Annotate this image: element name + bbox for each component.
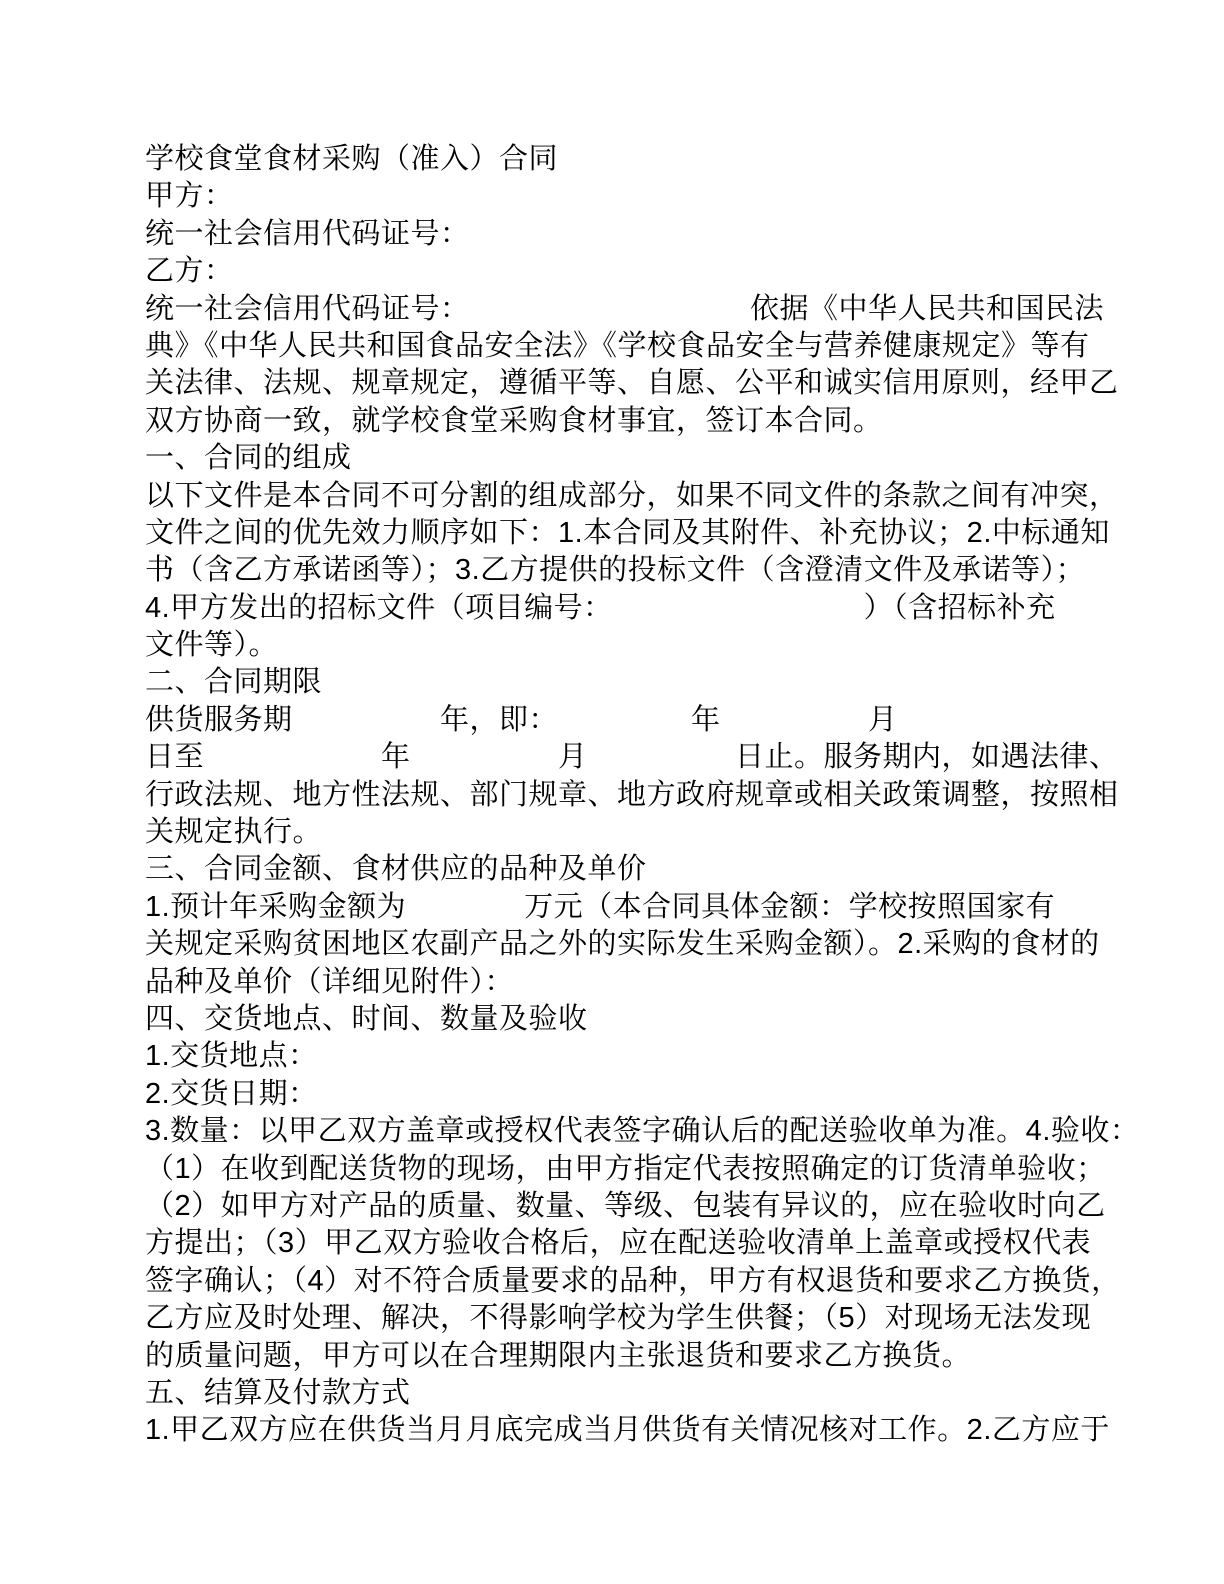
text-line: 3.数量：以甲乙双方盖章或授权代表签字确认后的配送验收单为准。4.验收： [145, 1113, 1105, 1150]
document-title: 学校食堂食材采购（准入）合同 [145, 141, 1105, 178]
text-line: 书（含乙方承诺函等）；3.乙方提供的投标文件（含澄清文件及承诺等）； [145, 552, 1105, 589]
text-line: （2）如甲方对产品的质量、数量、等级、包装有异议的，应在验收时向乙 [145, 1188, 1105, 1225]
text-line: 文件之间的优先效力顺序如下：1.本合同及其附件、补充协议；2.中标通知 [145, 515, 1105, 552]
text-line: 1.交货地点： [145, 1038, 1105, 1075]
text-line: 1.预计年采购金额为 万元（本合同具体金额：学校按照国家有 [145, 889, 1105, 926]
text-line: 以下文件是本合同不可分割的组成部分，如果不同文件的条款之间有冲突， [145, 478, 1105, 515]
text-line: 签字确认；（4）对不符合质量要求的品种，甲方有权退货和要求乙方换货， [145, 1263, 1105, 1300]
text-line: 乙方应及时处理、解决，不得影响学校为学生供餐；（5）对现场无法发现 [145, 1300, 1105, 1337]
text-line: 甲方： [145, 178, 1105, 215]
section-heading: 二、合同期限 [145, 664, 1105, 701]
text-line: 方提出；（3）甲乙双方验收合格后，应在配送验收清单上盖章或授权代表 [145, 1225, 1105, 1262]
text-line: 双方协商一致，就学校食堂采购食材事宜，签订本合同。 [145, 403, 1105, 440]
text-line: 典》《中华人民共和国食品安全法》《学校食品安全与营养健康规定》等有 [145, 328, 1105, 365]
text-line: 的质量问题，甲方可以在合理期限内主张退货和要求乙方换货。 [145, 1338, 1105, 1375]
text-line: 日至 年 月 日止。服务期内，如遇法律、 [145, 739, 1105, 776]
text-line: 行政法规、地方性法规、部门规章、地方政府规章或相关政策调整，按照相 [145, 777, 1105, 814]
text-line: 2.交货日期： [145, 1076, 1105, 1113]
text-line: 统一社会信用代码证号： 依据《中华人民共和国民法 [145, 291, 1105, 328]
text-line: 4.甲方发出的招标文件（项目编号： ）（含招标补充 [145, 590, 1105, 627]
text-line: 关法律、法规、规章规定，遵循平等、自愿、公平和诚实信用原则，经甲乙 [145, 365, 1105, 402]
text-line: 关规定采购贫困地区农副产品之外的实际发生采购金额）。2.采购的食材的 [145, 926, 1105, 963]
text-line: 供货服务期 年，即： 年 月 [145, 702, 1105, 739]
document-body: 学校食堂食材采购（准入）合同 甲方： 统一社会信用代码证号： 乙方： 统一社会信… [145, 141, 1105, 1450]
text-line: 关规定执行。 [145, 814, 1105, 851]
section-heading: 三、合同金额、食材供应的品种及单价 [145, 851, 1105, 888]
section-heading: 四、交货地点、时间、数量及验收 [145, 1001, 1105, 1038]
section-heading: 一、合同的组成 [145, 440, 1105, 477]
section-heading: 五、结算及付款方式 [145, 1375, 1105, 1412]
text-line: 乙方： [145, 253, 1105, 290]
document-page: 学校食堂食材采购（准入）合同 甲方： 统一社会信用代码证号： 乙方： 统一社会信… [0, 0, 1224, 1584]
text-line: 文件等）。 [145, 627, 1105, 664]
text-line: （1）在收到配送货物的现场，由甲方指定代表按照确定的订货清单验收； [145, 1151, 1105, 1188]
text-line: 品种及单价（详细见附件）： [145, 964, 1105, 1001]
text-line: 1.甲乙双方应在供货当月月底完成当月供货有关情况核对工作。2.乙方应于 [145, 1412, 1105, 1449]
text-line: 统一社会信用代码证号： [145, 216, 1105, 253]
